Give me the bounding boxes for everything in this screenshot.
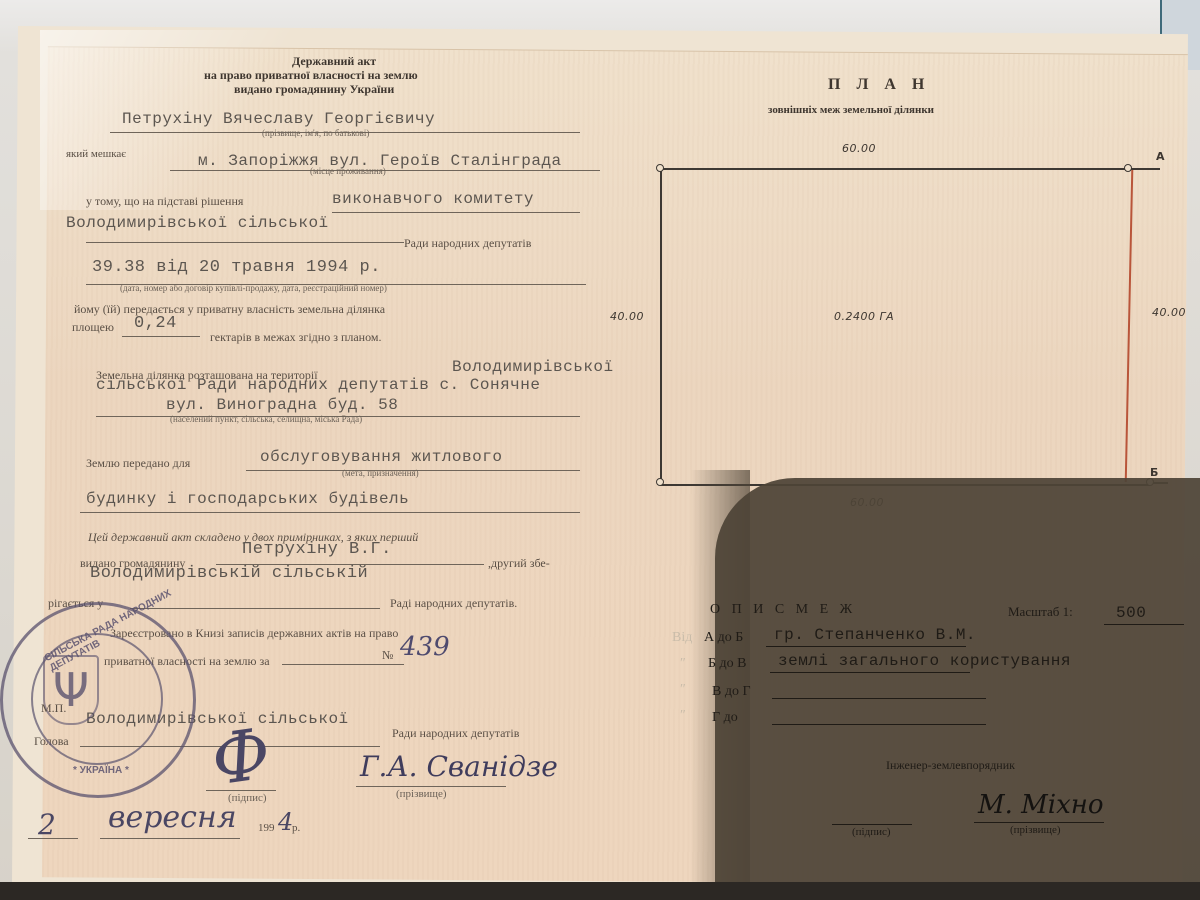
boundary-row-segment: В до Г xyxy=(712,684,751,700)
registration-number: 439 xyxy=(400,632,450,662)
date-r: р. xyxy=(292,822,300,834)
scale-label: Масштаб 1: xyxy=(1008,604,1073,620)
date-day-line xyxy=(28,838,78,839)
boundary-row-prefix: ″ xyxy=(680,708,686,724)
boundary-row-value: гр. Степанченко В.М. xyxy=(774,626,976,644)
dimension-left: 40.00 xyxy=(610,310,644,323)
vertex-marker xyxy=(1124,164,1132,172)
surname-line xyxy=(356,786,506,787)
document-subtitle-2: видано громадянину України xyxy=(234,82,394,97)
vertex-marker xyxy=(656,478,664,486)
seal-bottom-text: * УКРАЇНА * xyxy=(73,765,129,776)
boundary-row-prefix: ″ xyxy=(680,656,686,672)
chair-surname: Г.А. Сванідзе xyxy=(360,750,558,783)
purpose-caption: (мета, призначення) xyxy=(342,468,419,478)
boundary-extension-top xyxy=(1128,168,1160,170)
registration-line xyxy=(282,664,404,665)
scale-line xyxy=(1104,624,1184,625)
basis-council-suffix: Ради народних депутатів xyxy=(404,236,531,251)
official-seal: Ψ СІЛЬСЬКА РАДА НАРОДНИХ ДЕПУТАТІВ * УКР… xyxy=(0,602,196,798)
document-title: Державний акт xyxy=(292,54,376,69)
vertex-marker xyxy=(656,164,664,172)
purpose-value-2: будинку і господарських будівель xyxy=(86,490,409,508)
registration-number-prefix: № xyxy=(382,648,393,663)
engineer-surname: М. Міхно xyxy=(978,790,1104,820)
basis-value-2: Володимирівської сільської xyxy=(66,214,329,232)
owner-name-caption: (прізвище, ім'я, по батькові) xyxy=(262,128,369,138)
location-caption: (населений пункт, сільська, селищна, міс… xyxy=(170,414,362,424)
decision-value: 39.38 від 20 травня 1994 р. xyxy=(92,258,381,277)
location-value-3: вул. Виноградна буд. 58 xyxy=(166,396,398,414)
area-label: площею xyxy=(72,320,114,335)
document-subtitle-1: на право приватної власності на землю xyxy=(204,68,418,83)
vertex-label-a: А xyxy=(1156,150,1165,163)
copies-stored-in: Володимирівській сільській xyxy=(90,564,368,583)
date-year-suffix: 4 xyxy=(278,808,293,836)
purpose-label: Землю передано для xyxy=(86,456,190,471)
decision-caption: (дата, номер або договір купівлі-продажу… xyxy=(120,283,387,293)
boundary-row-segment: А до Б xyxy=(704,630,743,646)
basis-line-2 xyxy=(86,242,404,243)
boundary-row-line xyxy=(766,646,966,647)
purpose-value-1: обслуговування житлового xyxy=(260,448,502,466)
parcel-area: 0.2400 ГА xyxy=(834,310,894,323)
boundary-row-segment: Б до В xyxy=(708,656,747,672)
transfer-text: йому (їй) передається у приватну власніс… xyxy=(74,302,385,317)
engineer-signature-caption: (підпис) xyxy=(852,826,891,838)
location-value-2: сільської Ради народних депутатів с. Сон… xyxy=(96,376,540,394)
boundary-row-prefix: Від xyxy=(672,630,692,646)
boundary-row-value: землі загального користування xyxy=(778,652,1071,670)
location-value-1: Володимирівської xyxy=(452,358,614,376)
boundaries-title: О П И С М Е Ж xyxy=(710,602,856,618)
parcel-boundary xyxy=(660,168,1150,486)
signature-line xyxy=(206,790,276,791)
area-line xyxy=(122,336,200,337)
date-year-prefix: 199 xyxy=(258,822,275,834)
engineer-signature-line xyxy=(832,824,912,825)
boundary-row-segment: Г до xyxy=(712,710,738,726)
basis-value-1: виконавчого комитету xyxy=(332,190,534,208)
dimension-top: 60.00 xyxy=(842,142,876,155)
date-month: вересня xyxy=(108,800,237,835)
boundary-row-prefix: ″ xyxy=(680,682,686,698)
engineer-surname-caption: (прізвище) xyxy=(1010,824,1061,836)
signatory-council-suffix: Ради народних депутатів xyxy=(392,726,519,741)
boundary-row-line xyxy=(770,672,970,673)
purpose-line-2 xyxy=(80,512,580,513)
boundary-row-line xyxy=(772,698,986,699)
copies-issued-to: Петрухіну В.Г. xyxy=(242,540,392,559)
date-day: 2 xyxy=(38,808,56,841)
copies-stored-suffix: Раді народних депутатів. xyxy=(390,596,517,611)
residence-caption: (місце проживання) xyxy=(310,166,386,176)
engineer-title: Інженер-землевпорядник xyxy=(886,758,1015,773)
hand-shadow xyxy=(715,478,1200,900)
copies-second-label: ,другий збе- xyxy=(488,556,550,571)
area-value: 0,24 xyxy=(134,314,177,333)
basis-line-1 xyxy=(332,212,580,213)
chair-signature: Ф xyxy=(207,712,276,801)
date-month-line xyxy=(100,838,240,839)
residence-label: який мешкає xyxy=(66,148,126,160)
basis-label: у тому, що на підставі рішення xyxy=(86,194,243,209)
surname-caption: (прізвище) xyxy=(396,788,447,800)
boundary-row-line xyxy=(772,724,986,725)
area-suffix: гектарів в межах згідно з планом. xyxy=(210,330,381,345)
table-surface xyxy=(0,882,1200,900)
engineer-surname-line xyxy=(974,822,1104,823)
seal-mp-label: М.П. xyxy=(41,701,66,716)
plan-title: П Л А Н xyxy=(828,76,930,94)
scale-value: 500 xyxy=(1116,604,1146,622)
owner-name: Петрухіну Вячеславу Георгієвичу xyxy=(122,110,435,128)
plan-subtitle: зовнішніх меж земельної ділянки xyxy=(768,104,934,116)
dimension-right: 40.00 xyxy=(1152,306,1186,319)
